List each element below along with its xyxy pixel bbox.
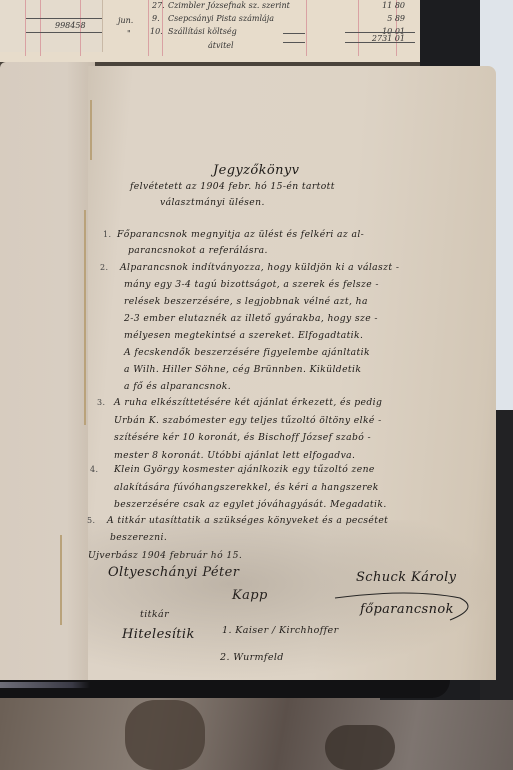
ruling-line	[306, 0, 307, 56]
binding-thread	[84, 210, 86, 425]
item-line: alakítására fúvóhangszerekkel, és kéri a…	[114, 482, 379, 493]
signature-flourish	[330, 590, 480, 630]
ledger-month: jun.	[118, 16, 133, 25]
signature-middle: Kapp	[232, 588, 268, 603]
item-line: Urbán K. szabómester egy teljes tűzoltó …	[114, 415, 382, 426]
item-line: mélyesen megtekintsé a szereket. Elfogad…	[124, 330, 363, 341]
document-subtitle: választmányi ülésen.	[160, 197, 265, 208]
ruling-line	[40, 0, 41, 56]
item-line: a fő és alparancsnok.	[124, 381, 231, 392]
ruling-line	[25, 0, 26, 56]
rule	[26, 32, 102, 33]
signature-witness-2: 2. Wurmfeld	[220, 652, 284, 663]
item-line: A fecskendők beszerzésére figyelembe ajá…	[124, 347, 370, 358]
binding-thread	[90, 100, 92, 160]
signature-secretary: Oltyeschányi Péter	[108, 565, 239, 580]
item-number: 2.	[100, 263, 108, 272]
item-line: Alparancsnok indítványozza, hogy küldjön…	[120, 262, 399, 273]
floor-background	[0, 690, 513, 770]
document-title: Jegyzőkönyv	[213, 163, 299, 178]
ledger-day: 10.	[150, 27, 163, 36]
ledger-day: 27.	[152, 1, 165, 10]
item-line: A ruha elkészíttetésére két ajánlat érke…	[114, 397, 382, 408]
signature-chief: Schuck Károly	[356, 570, 456, 585]
ledger-amount: 5 89	[365, 14, 405, 23]
rule	[26, 18, 102, 19]
shoe	[325, 725, 395, 770]
ruling-line	[148, 0, 149, 56]
item-number: 5.	[87, 516, 95, 525]
ledger-book: 998458 jun. " 27. Czimbler Józsefnak sz.…	[0, 0, 420, 68]
item-line: Klein György kosmester ajánlkozik egy tű…	[114, 464, 375, 475]
rule	[345, 42, 415, 43]
ledger-left-page: 998458	[0, 0, 103, 52]
item-number: 4.	[90, 465, 98, 474]
item-line: szítésére kér 10 koronát, és Bischoff Jó…	[114, 432, 371, 443]
item-line: beszerezni.	[110, 532, 167, 543]
ledger-left-total: 998458	[55, 21, 86, 30]
item-line: beszerzésére csak az egylet jóváhagyását…	[114, 499, 387, 510]
reflection	[0, 682, 90, 688]
place-date: Ujverbász 1904 február hó 15.	[88, 550, 242, 561]
binding-thread	[60, 535, 62, 625]
item-number: 3.	[97, 398, 105, 407]
rule	[283, 33, 305, 34]
item-line: Főparancsnok megnyitja az ülést és felké…	[117, 229, 364, 240]
ledger-entry: Szállítási költség	[168, 27, 237, 36]
ledger-entry: Csepcsányi Pista számlája	[168, 14, 274, 23]
left-page	[0, 62, 95, 680]
rule	[345, 32, 415, 33]
ledger-carry-label: átvitel	[208, 41, 234, 50]
item-line: parancsnokot a referálásra.	[128, 245, 268, 256]
ruling-line	[358, 0, 359, 56]
item-number: 1.	[103, 230, 111, 239]
secretary-role: titkár	[140, 609, 169, 620]
document-subtitle: felvétetett az 1904 febr. hó 15-én tarto…	[130, 181, 335, 192]
ledger-amount: 11 80	[365, 1, 405, 10]
ledger-month: "	[127, 29, 131, 38]
item-line: relések beszerzésére, s legjobbnak vélné…	[124, 296, 368, 307]
item-line: a Wilh. Hiller Söhne, cég Brünnben. Kikü…	[124, 364, 361, 375]
ledger-entry: Czimbler Józsefnak sz. szerint	[168, 1, 290, 10]
item-line: mester 8 koronát. Utóbbi ajánlat lett el…	[114, 450, 355, 461]
table-edge	[0, 680, 450, 698]
authenticated-label: Hitelesítik	[122, 627, 195, 642]
signature-witness-1: 1. Kaiser / Kirchhoffer	[222, 625, 339, 636]
ledger-day: 9.	[152, 14, 160, 23]
rule	[283, 42, 305, 43]
shoe	[125, 700, 205, 770]
item-line: A titkár utasíttatik a szükséges könyvek…	[107, 515, 388, 526]
item-line: mány egy 3-4 tagú bizottságot, a szerek …	[124, 279, 379, 290]
item-line: 2-3 ember elutaznék az illető gyárakba, …	[124, 313, 378, 324]
